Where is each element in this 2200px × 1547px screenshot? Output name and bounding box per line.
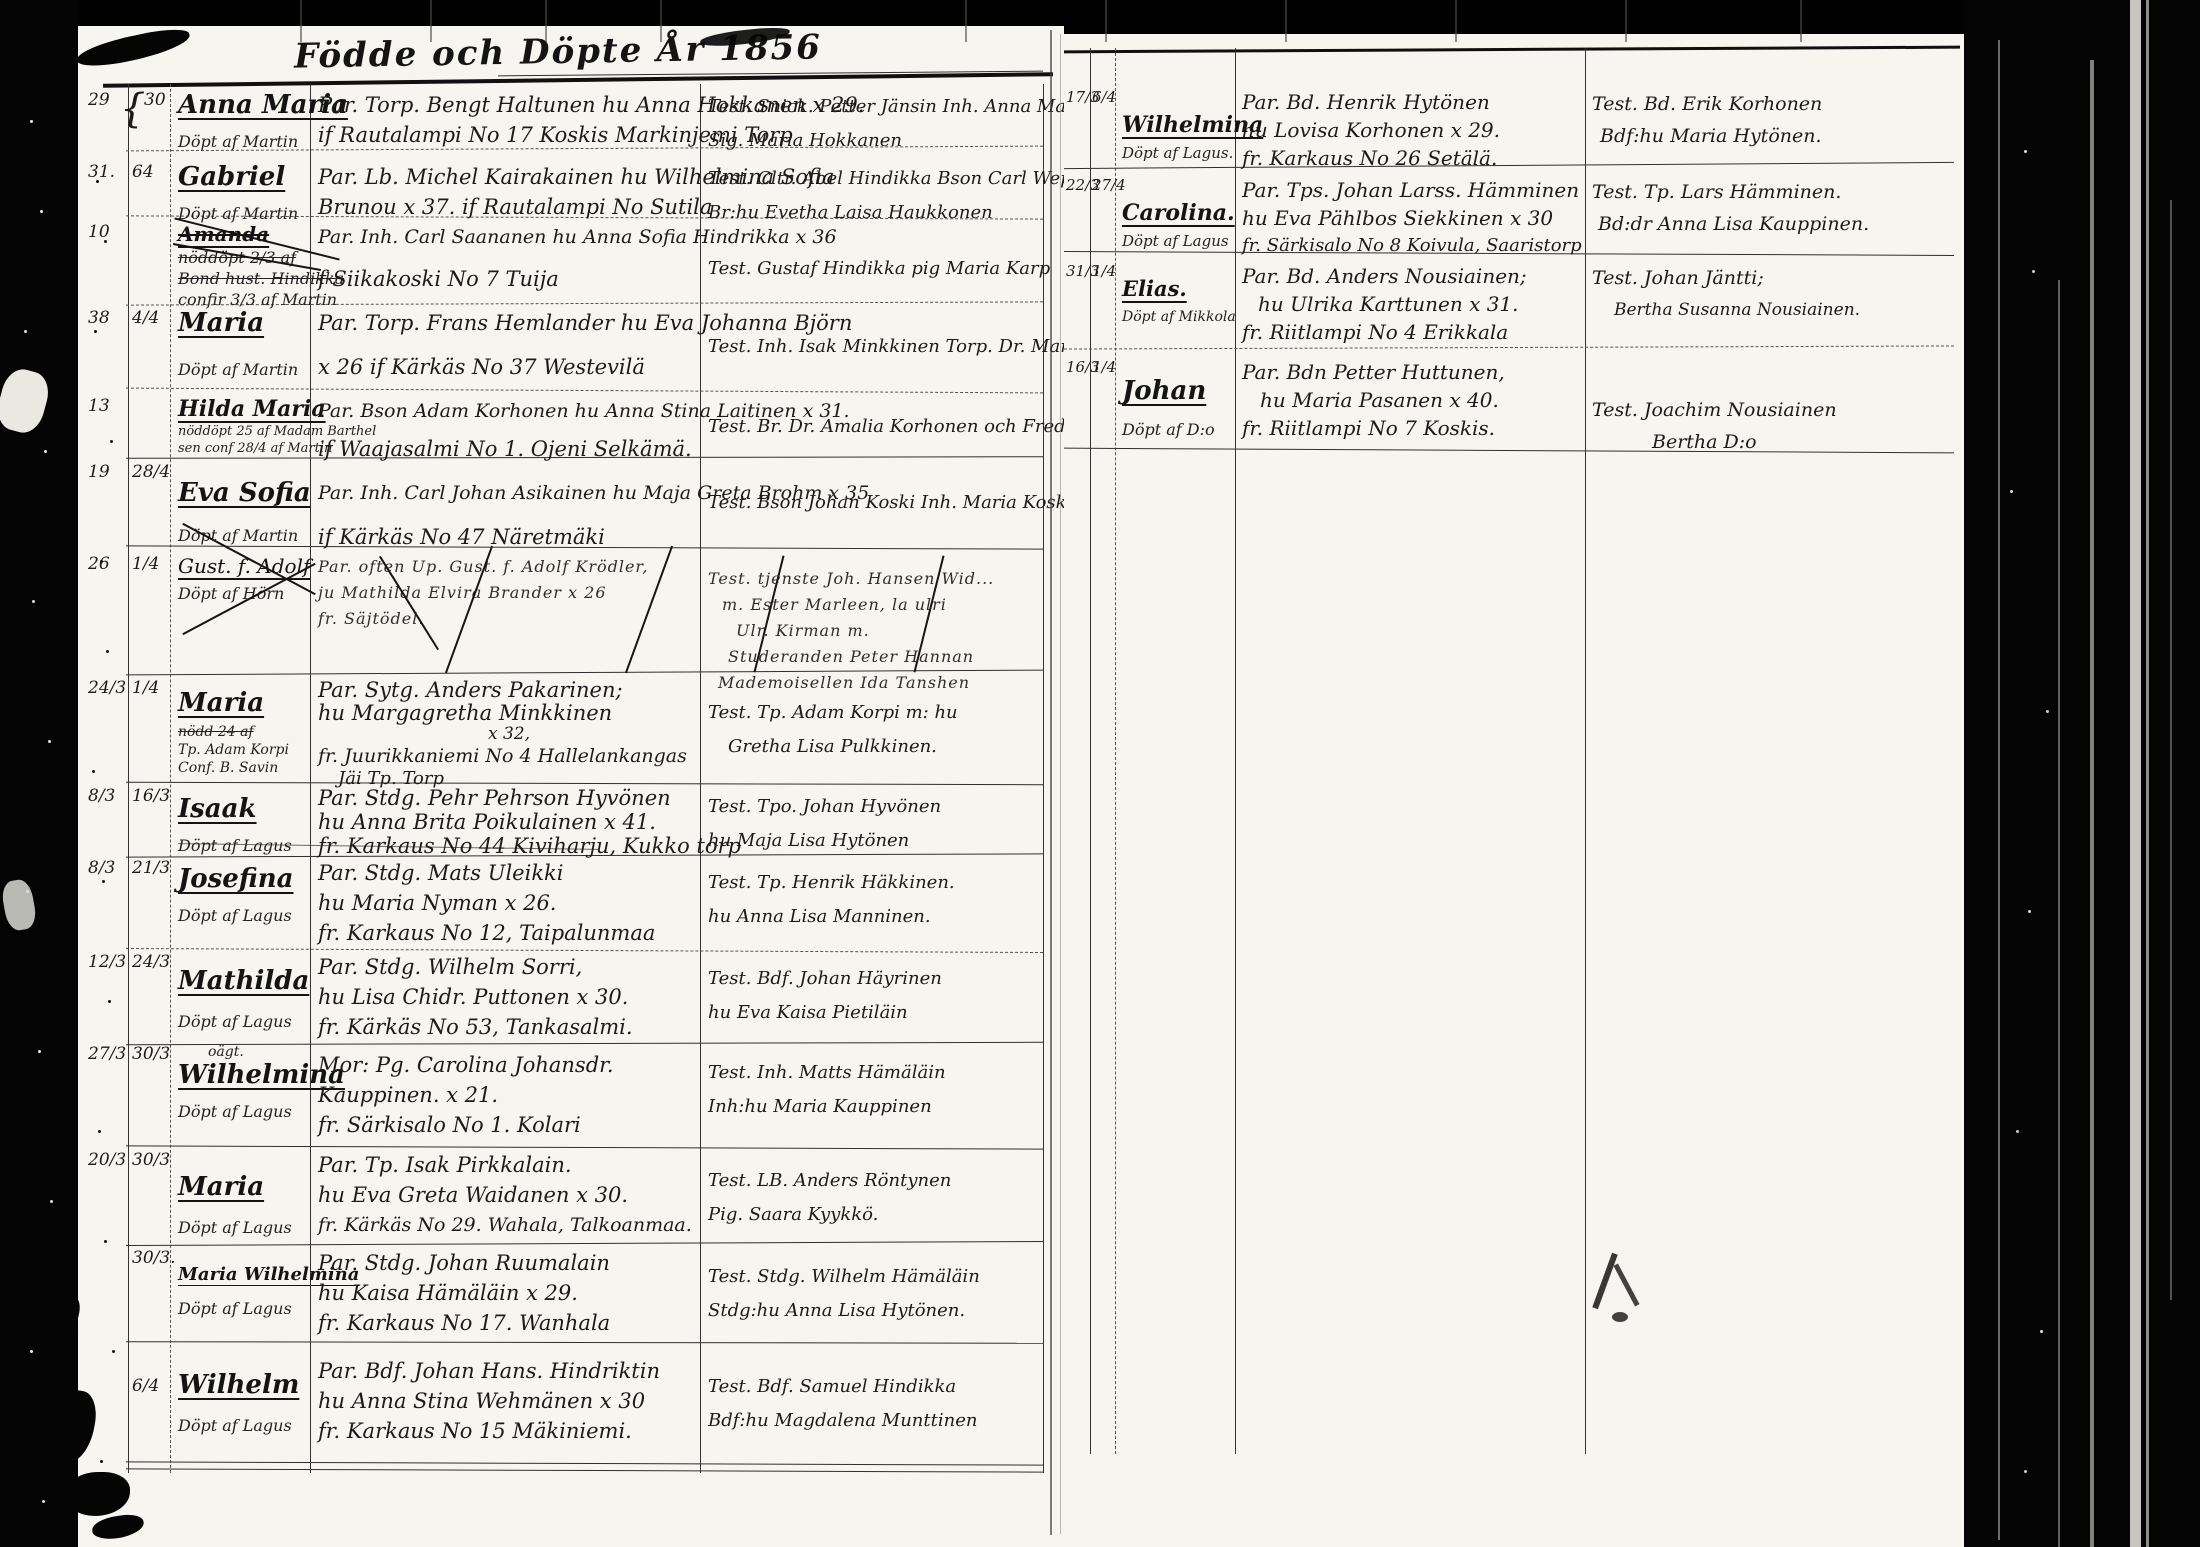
baptism-date: 6/4 [1092,88,1117,106]
parents-line: fr. Kärkäs No 53, Tankasalmi. [318,1012,698,1042]
parents-line: hu Eva Pählbos Siekkinen x 30 [1242,204,1584,232]
baptism-note: Döpt af D:o [1122,420,1234,439]
column-line [1043,84,1044,1473]
birth-date: 24/3 [88,678,128,698]
baptism-date: 30/3 [132,1044,174,1064]
parents-line: ju Mathilda Elvira Brander x 26 [318,580,698,606]
film-scratch [2090,60,2094,1547]
witnesses-line: hu Eva Kaisa Pietiläin [708,996,1043,1030]
ink-specks [96,180,99,183]
parents-line: Par. Stdg. Mats Uleikki [318,858,698,888]
parents-line: hu Kaisa Hämäläin x 29. [318,1278,698,1308]
baptism-note: Döpt af Lagus. [1122,144,1234,162]
row-line [1064,345,1954,349]
witnesses-line: Test. Tp. Lars Hämminen. [1592,176,1954,208]
film-scratch [660,0,662,42]
witnesses-line: Sig. Maria Hokkanen [708,124,1043,158]
parents-line: x 32, [488,724,698,744]
paper-showthrough [0,365,53,437]
witnesses-line: Bertha D:o [1652,426,1954,458]
witnesses-line: Test. Br. Dr. Amalia Korhonen och Fredri… [708,410,1043,444]
row-line [126,388,1043,394]
witnesses-line: Bd:dr Anna Lisa Kauppinen. [1598,208,1954,240]
birth-date: 13 [88,396,128,416]
legitimacy-note: oägt. [208,1044,310,1060]
film-scratch [1455,0,1457,42]
parents-line: Par. Inh. Carl Johan Asikainen hu Maja G… [318,478,698,508]
parents-line: Par. Tps. Johan Larss. Hämminen [1242,176,1584,204]
film-noise [30,120,33,123]
baptism-note: Döpt af Lagus [178,1012,310,1031]
film-scratch [2058,280,2060,1547]
parents-line: hu Margagretha Minkkinen [318,702,698,724]
child-name: Eva Sofia [178,478,310,508]
row-line [126,1461,1043,1465]
row-line [126,1341,1043,1344]
baptism-date: 1/4 [132,554,174,574]
parents-line: if Kärkäs No 47 Näretmäki [318,522,698,552]
birth-date: 27/3 [88,1044,128,1064]
baptism-date: 6/4 [132,1376,174,1396]
parents-line: Par. Stdg. Wilhelm Sorri, [318,952,698,982]
witnesses-line: Test. Inh. Isak Minkkinen Torp. Dr. Mari… [708,330,1043,364]
ink-smudge [1612,1312,1628,1322]
witnesses-line: Stdg:hu Anna Lisa Hytönen. [708,1294,1043,1328]
film-scratch [1105,0,1107,42]
child-name: Isaak [178,794,310,824]
right-page: 17/3 6/4 Wilhelmina Döpt af Lagus. Par. … [1064,34,1964,1547]
parents-line: fr. Karkaus No 15 Mäkiniemi. [318,1416,698,1446]
baptism-note: Döpt af Lagus [178,1416,310,1435]
baptism-date: 30/3. [132,1248,174,1268]
film-border-right [1964,0,2200,1547]
baptism-note: Döpt af Mikkola [1122,309,1234,325]
child-name: Elias. [1122,276,1234,301]
parents-line: Mor: Pg. Carolina Johansdr. [318,1050,698,1080]
baptism-note: sen conf 28/4 af Martin [178,441,310,456]
parents-line: hu Eva Greta Waidanen x 30. [318,1180,698,1210]
parents-line: hu Maria Pasanen x 40. [1260,386,1584,414]
parents-line: Par. Sytg. Anders Pakarinen; [318,678,698,702]
film-scratch [1285,0,1287,42]
witnesses-line: Test. Gustaf Hindikka pig Maria Karp [708,252,1043,286]
witnesses-line: Studeranden Peter Hannan [728,644,1043,670]
baptism-note: Döpt af Martin [178,132,310,151]
witnesses-line: Test. LB. Anders Röntynen [708,1164,1043,1198]
witnesses-line: Test. tjenste Joh. Hansen Wid... [708,566,1043,592]
parents-line: Par. Tp. Isak Pirkkalain. [318,1150,698,1180]
child-name: Maria [178,1172,310,1202]
witnesses-line: Test. Inh. Matts Hämäläin [708,1056,1043,1090]
film-scratch [430,0,432,42]
baptism-note: Conf. B. Savin [178,760,310,776]
parents-line: fr. Karkaus No 26 Setälä. [1242,144,1584,172]
witnesses-line: Test. Bd. Erik Korhonen [1592,88,1954,120]
witnesses-line: hu Maja Lisa Hytönen [708,824,1043,858]
witnesses-line: Bertha Susanna Nousiainen. [1614,294,1954,326]
baptism-date: 1/4 [1092,262,1117,280]
witnesses-line: Inh:hu Maria Kauppinen [708,1090,1043,1124]
parents-line: fr. Riitlampi No 7 Koskis. [1242,414,1584,442]
witnesses-line: Test. Tp. Henrik Häkkinen. [708,866,1043,900]
baptism-date: 1/4 [132,678,174,698]
column-line [128,84,129,1473]
witnesses-line: Test. Bdf. Johan Häyrinen [708,962,1043,996]
baptism-date: 64 [132,162,174,182]
child-name: Gabriel [178,162,310,192]
parents-line: fr. Karkaus No 17. Wanhala [318,1308,698,1338]
birth-date: 8/3 [88,786,128,806]
witnesses-line: Test. Johan Jäntti; [1592,262,1954,294]
child-name: Wilhelmina [1122,112,1234,138]
film-scratch [965,0,967,42]
parents-line: if Rautalampi No 17 Koskis Markinjemi To… [318,120,698,150]
parents-line: Par. Bson Adam Korhonen hu Anna Stina La… [318,396,698,426]
parents-line: x 26 if Kärkäs No 37 Westevilä [318,352,698,382]
witnesses-line: Test. Bdf. Samuel Hindikka [708,1370,1043,1404]
witnesses-line: Bdf:hu Maria Hytönen. [1600,120,1954,152]
baptism-note: confir 3/3 af Martin [178,290,310,309]
page-title: Födde och Döpte År 1856 [228,26,889,78]
witnesses-line: Test. Tp. Adam Korpi m: hu [708,696,1043,730]
child-name: Wilhelm [178,1370,310,1400]
row-line [126,1145,1043,1149]
baptism-note: Döpt af Martin [178,360,310,379]
baptism-date: 16/3 [132,786,174,806]
witnesses-line: Test. Joachim Nousiainen [1592,394,1954,426]
child-name: Maria [178,688,310,718]
child-name: Wilhelmina [178,1060,310,1090]
microfilm-scan: Födde och Döpte År 1856 29 { 30 A [0,0,2200,1547]
parents-line: if Waajasalmi No 1. Ojeni Selkämä. [318,434,698,464]
film-scratch [2170,200,2172,1300]
baptism-date: 24/3 [132,952,174,972]
baptism-date: 28/4 [132,462,174,482]
child-name: Maria [178,308,310,338]
parents-line: hu Maria Nyman x 26. [318,888,698,918]
left-page: Födde och Döpte År 1856 29 { 30 A [78,26,1064,1547]
parents-line: f Siikakoski No 7 Tuija [318,264,698,294]
parents-line: Par. Bdf. Johan Hans. Hindriktin [318,1356,698,1386]
child-name: Carolina. [1122,200,1234,226]
baptism-note: nöddöpt 25 af Madam Barthel [178,424,310,439]
page-fold [1050,30,1052,1535]
baptism-date: 4/4 [132,308,174,328]
birth-date: 16/3 [1066,358,1091,376]
parents-line: hu Lisa Chidr. Puttonen x 30. [318,982,698,1012]
baptism-note: Döpt af Lagus [178,836,310,855]
birth-date: 8/3 [88,858,128,878]
parents-line: Par. Torp. Bengt Haltunen hu Anna Hokkan… [318,90,698,120]
column-line [1115,48,1116,1454]
child-name: Mathilda [178,966,310,996]
witnesses-line: Pig. Saara Kyykkö. [708,1198,1043,1232]
witnesses-line: Ulr. Kirman m. [736,618,1043,644]
film-scratch [1800,0,1802,42]
parents-line: Par. Stdg. Johan Ruumalain [318,1248,698,1278]
page-fold [1060,34,1061,1534]
baptism-date: 1/4 [1092,358,1117,376]
parents-line: hu Anna Stina Wehmänen x 30 [318,1386,698,1416]
parents-line: Brunou x 37. if Rautalampi No Sutila [318,192,698,222]
parents-line: hu Anna Brita Poikulainen x 41. [318,810,698,834]
child-name: Johan [1122,376,1234,406]
child-name: Josefina [178,864,310,894]
parents-line: Par. Bd. Anders Nousiainen; [1242,262,1584,290]
witnesses-line: Test. Cltr. Abel Hindikka Bson Carl Weps… [708,162,1043,196]
birth-date: 10 [88,222,128,242]
parents-line: fr. Juurikkaniemi No 4 Hallelankangas [318,744,698,768]
baptism-date: 30/3 [132,1150,174,1170]
film-scratch [545,0,547,42]
parents-line: hu Lovisa Korhonen x 29. [1242,116,1584,144]
birth-date: 17/3 [1066,88,1091,106]
birth-date: 31/3 [1066,262,1091,280]
child-name: Hilda Maria [178,396,310,422]
baptism-note: Döpt af Martin [178,526,310,545]
baptism-note: Döpt af Lagus [178,1299,310,1318]
column-line [1235,48,1236,1454]
birth-date: 38 [88,308,128,328]
parents-line: Par. Torp. Frans Hemlander hu Eva Johann… [318,308,698,338]
child-name: Anna Maria [178,90,310,120]
film-scratch [2130,0,2141,1547]
baptism-note: Döpt af Lagus [178,1218,310,1237]
parents-line: fr. Särkisalo No 8 Koivula, Saaristorp [1242,232,1584,260]
baptism-note: Döpt af Lagus [178,906,310,925]
film-noise [2024,150,2027,153]
birth-date: 22/3 [1066,176,1091,194]
parents-line: Par. Stdg. Pehr Pehrson Hyvönen [318,786,698,810]
birth-date: 20/3 [88,1150,128,1170]
column-line [700,84,701,1473]
row-line [126,1241,1043,1246]
birth-date: 26 [88,554,128,574]
parents-line: hu Ulrika Karttunen x 31. [1258,290,1584,318]
parents-line: Par. Lb. Michel Kairakainen hu Wilhelmin… [318,162,698,192]
baptism-date: 27/4 [1092,176,1117,194]
row-line [126,1468,1043,1472]
witnesses-line: hu Anna Lisa Manninen. [708,900,1043,934]
parents-line: Par. Inh. Carl Saananen hu Anna Sofia Hi… [318,222,698,252]
parents-line: fr. Karkaus No 12, Taipalunmaa [318,918,698,948]
birth-date: 19 [88,462,128,482]
parents-line: Par. Bd. Henrik Hytönen [1242,88,1584,116]
baptism-note: Bond hust. Hindikka [178,269,310,288]
header-rule [1064,46,1960,54]
parents-line: fr. Särkisalo No 1. Kolari [318,1110,698,1140]
baptism-note: nödd 24 af [178,724,310,740]
baptism-date: 21/3 [132,858,174,878]
child-name: Maria Wilhelmina [178,1264,310,1285]
paper-showthrough [0,878,38,932]
parents-line: Par. often Up. Gust. f. Adolf Krödler, [318,554,698,580]
parents-line: fr. Kärkäs No 29. Wahala, Talkoanmaa. [318,1210,698,1240]
parents-line: Par. Bdn Petter Huttunen, [1242,358,1584,386]
parents-line: fr. Karkaus No 44 Kiviharju, Kukko torp [318,834,698,858]
birth-date: 12/3 [88,952,128,972]
column-line [1585,48,1586,1454]
parents-line: Kauppinen. x 21. [318,1080,698,1110]
witnesses-line: Test. Tpo. Johan Hyvönen [708,790,1043,824]
witnesses-line: Test. Stdg. Wilhelm Hämäläin [708,1260,1043,1294]
witnesses-line: Test. Bson Johan Koski Inh. Maria Koski [708,486,1043,520]
film-scratch [300,0,302,42]
baptism-note: Döpt af Lagus [178,1102,310,1121]
parents-line: fr. Riitlampi No 4 Erikkala [1242,318,1584,346]
film-scratch [2146,0,2149,1547]
film-scratch [1998,40,2000,1540]
witnesses-line: Bdf:hu Magdalena Munttinen [708,1404,1043,1438]
film-scratch [1625,0,1627,42]
baptism-note: Tp. Adam Korpi [178,742,310,758]
witnesses-line: Gretha Lisa Pulkkinen. [728,730,1043,764]
witnesses-line: Test. Snick. Petter Jänsin Inh. Anna Mar… [708,90,1043,124]
birth-date: 31. [88,162,128,182]
baptism-note: Döpt af Martin [178,204,310,223]
column-line [1090,48,1091,1454]
baptism-note: Döpt af Lagus [1122,232,1234,250]
